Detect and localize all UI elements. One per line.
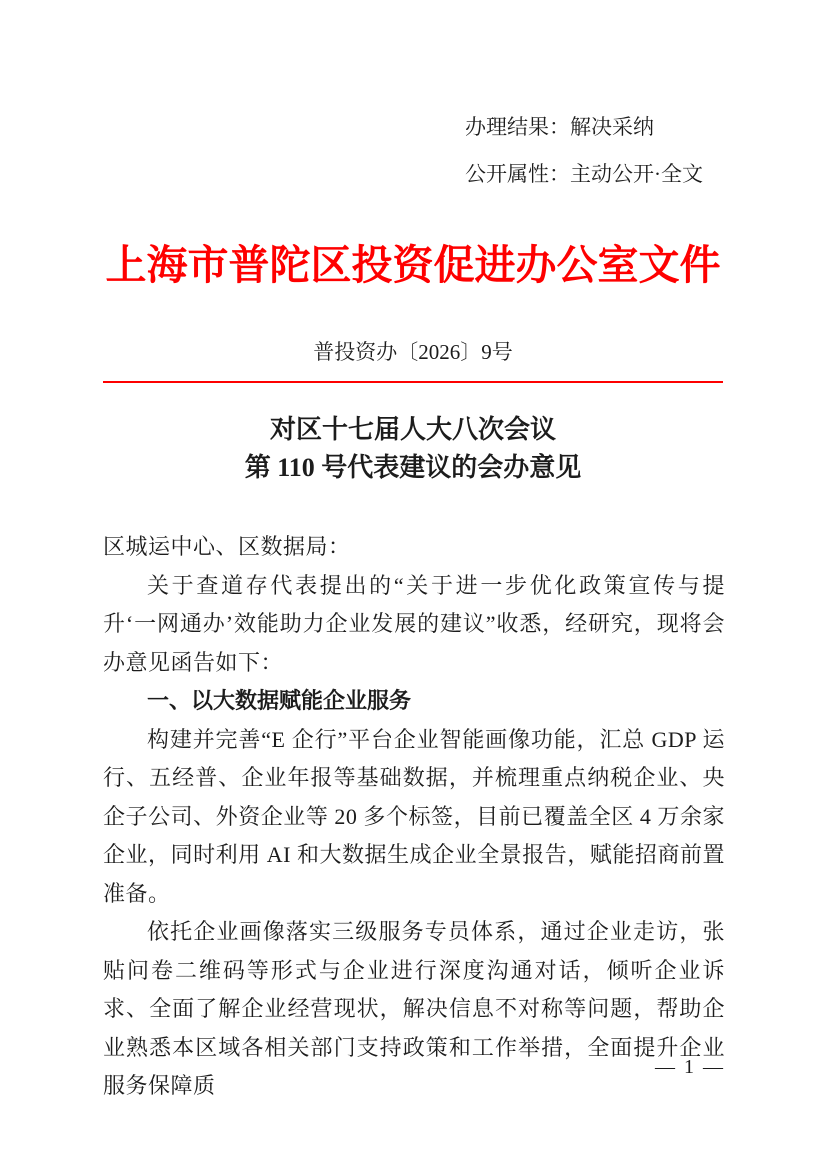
publicity-attribute-line: 公开属性：主动公开·全文: [465, 151, 703, 198]
masthead-divider-line: [103, 381, 723, 383]
issuing-agency-masthead: 上海市普陀区投资促进办公室文件: [103, 238, 723, 292]
section-heading: 一、以大数据赋能企业服务: [103, 682, 725, 721]
document-title: 对区十七届人大八次会议 第 110 号代表建议的会办意见: [103, 411, 723, 487]
document-title-line2: 第 110 号代表建议的会办意见: [103, 449, 723, 487]
admin-info-block: 办理结果：解决采纳 公开属性：主动公开·全文: [465, 104, 703, 198]
handling-result-line: 办理结果：解决采纳: [465, 104, 703, 151]
document-body: 区城运中心、区数据局：关于查道存代表提出的“关于进一步优化政策宣传与提升‘一网通…: [103, 528, 725, 1106]
body-paragraph: 区城运中心、区数据局：: [103, 528, 725, 567]
document-page: 办理结果：解决采纳 公开属性：主动公开·全文 上海市普陀区投资促进办公室文件 普…: [0, 0, 826, 1169]
body-paragraph: 构建并完善“E 企行”平台企业智能画像功能，汇总 GDP 运行、五经普、企业年报…: [103, 721, 725, 914]
page-number: — 1 —: [655, 1056, 725, 1079]
document-number: 普投资办〔2026〕9号: [103, 339, 723, 365]
body-paragraph: 依托企业画像落实三级服务专员体系，通过企业走访，张贴问卷二维码等形式与企业进行深…: [103, 913, 725, 1106]
body-paragraph: 关于查道存代表提出的“关于进一步优化政策宣传与提升‘一网通办’效能助力企业发展的…: [103, 567, 725, 683]
document-title-line1: 对区十七届人大八次会议: [103, 411, 723, 449]
